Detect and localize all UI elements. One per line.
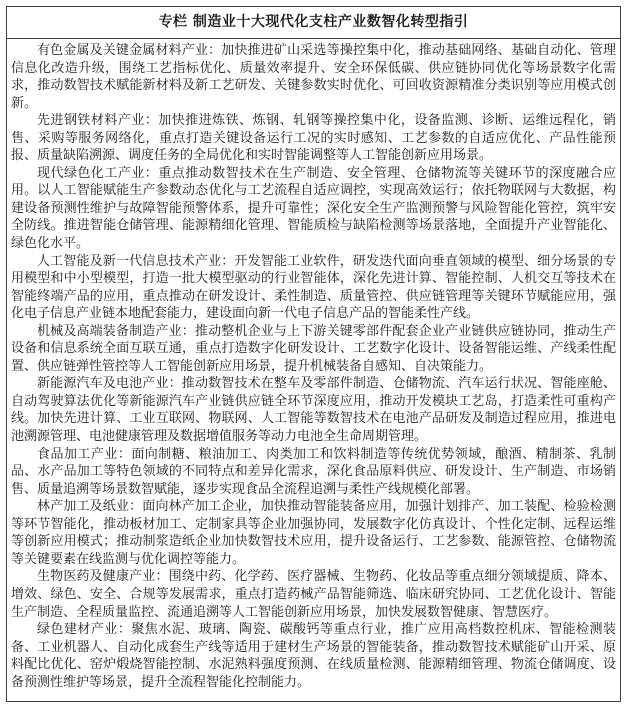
industry-paragraph-nev-battery: 新能源汽车及电池产业：推动数智技术在整车及零部件制造、仓储物流、汽车运行状况、智… bbox=[11, 375, 616, 445]
document-page: 专栏 制造业十大现代化支柱产业数智化转型指引 有色金属及关键金属材料产业：加快推… bbox=[0, 0, 629, 709]
industry-paragraph-biomedicine-health: 生物医药及健康产业：围绕中药、化学药、医疗器械、生物药、化妆品等重点细分领域提质… bbox=[11, 568, 616, 621]
guideline-box: 专栏 制造业十大现代化支柱产业数智化转型指引 有色金属及关键金属材料产业：加快推… bbox=[6, 6, 621, 702]
industry-paragraph-ai-next-gen-it: 人工智能及新一代信息技术产业：开发智能工业软件，研发迭代面向垂直领域的模型、细分… bbox=[11, 253, 616, 323]
box-body: 有色金属及关键金属材料产业：加快推进矿山采选等操控集中化，推动基础网络、基础自动… bbox=[7, 39, 620, 695]
industry-paragraph-green-chemical: 现代绿色化工产业：重点推动数智技术在生产制造、安全管理、仓储物流等关键环节的深度… bbox=[11, 165, 616, 253]
industry-paragraph-food-processing: 食品加工产业：面向制糖、粮油加工、肉类加工和饮料制造等传统优势领域，酿酒、精制茶… bbox=[11, 446, 616, 499]
industry-paragraph-nonferrous-metals: 有色金属及关键金属材料产业：加快推进矿山采选等操控集中化，推动基础网络、基础自动… bbox=[11, 42, 616, 112]
industry-paragraph-forest-paper: 林产加工及纸业：面向林产加工企业，加快推动智能装备应用，加强计划排产、加工装配、… bbox=[11, 498, 616, 568]
industry-paragraph-machinery-equipment: 机械及高端装备制造产业：推动整机企业与上下游关键零部件配套企业产业链供应链协同，… bbox=[11, 323, 616, 376]
box-title: 专栏 制造业十大现代化支柱产业数智化转型指引 bbox=[7, 7, 620, 39]
industry-paragraph-green-building-materials: 绿色建材产业：聚焦水泥、玻璃、陶瓷、碳酸钙等重点行业，推广应用高档数控机床、智能… bbox=[11, 621, 616, 691]
industry-paragraph-advanced-steel: 先进钢铁材料产业：加快推进炼铁、炼钢、轧钢等操控集中化，设备监测、诊断、运维远程… bbox=[11, 112, 616, 165]
